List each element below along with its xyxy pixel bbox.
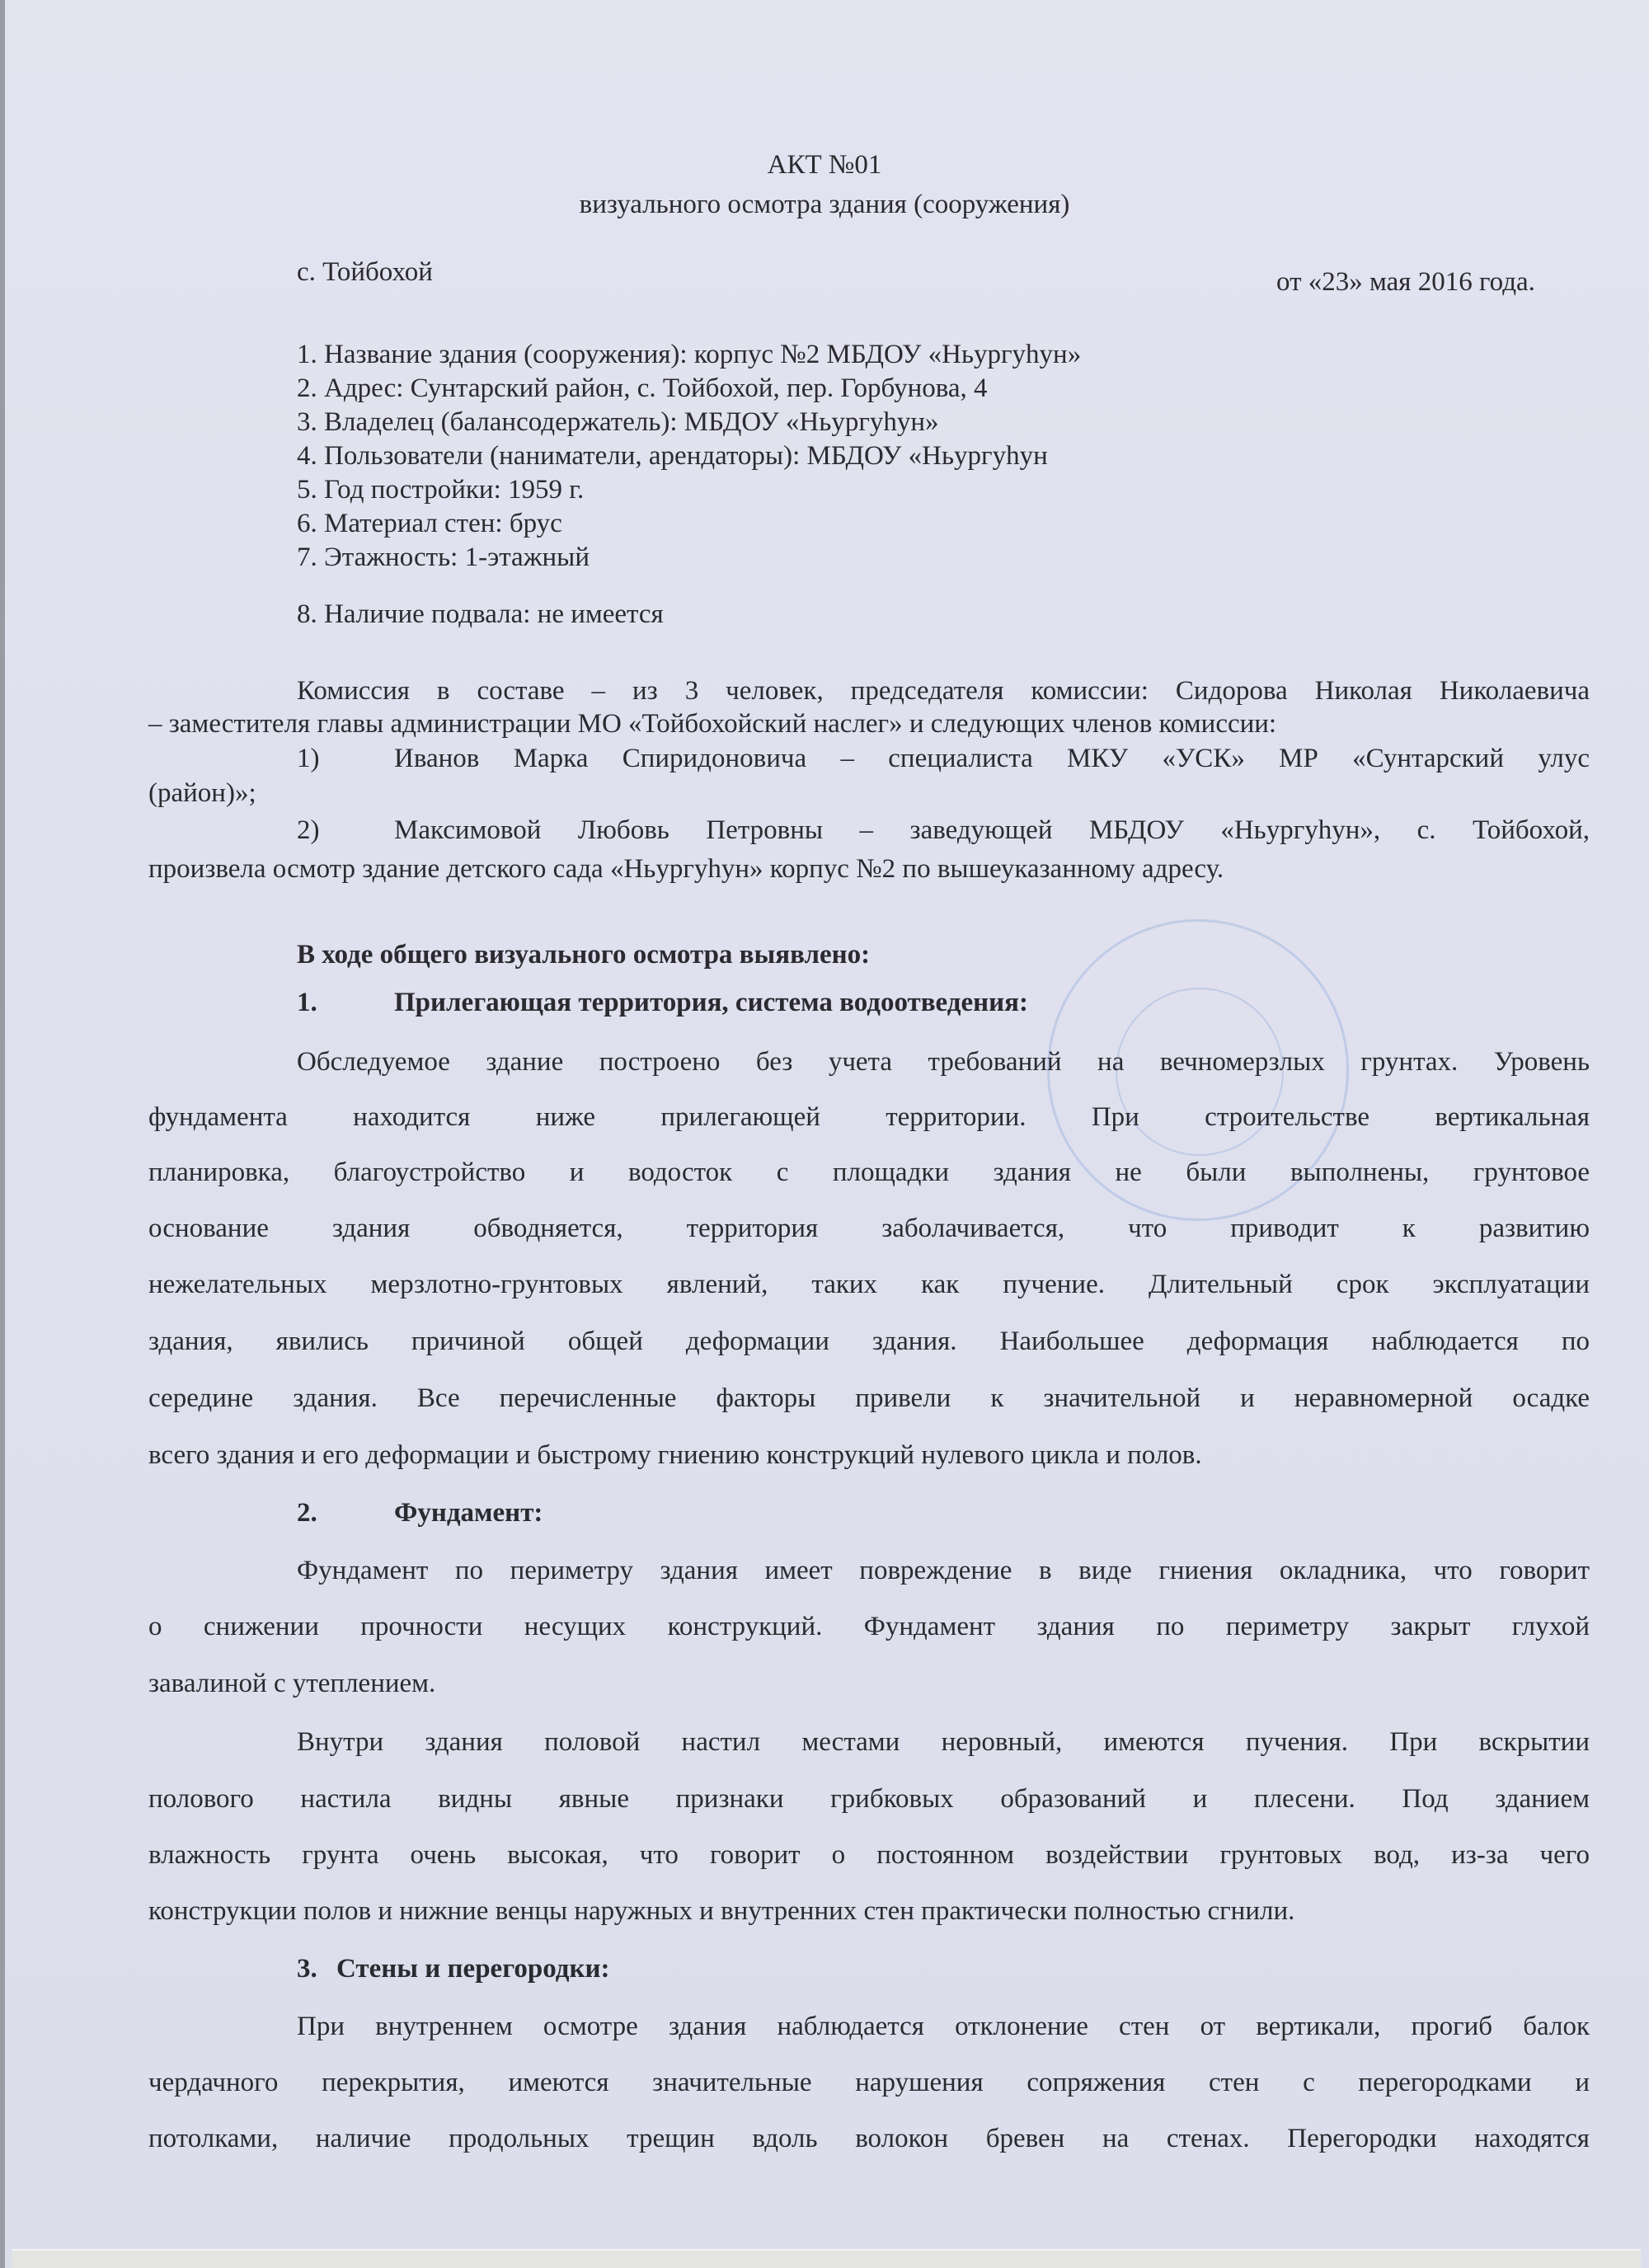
paragraph-line: При внутреннем осмотре здания наблюдаетс… [297, 2010, 1590, 2043]
commission-line: – заместителя главы администрации МО «То… [148, 707, 1276, 740]
info-item: 6. Материал стен: брус [297, 507, 562, 540]
paragraph-line: здания, явились причиной общей деформаци… [148, 1325, 1590, 1358]
paragraph-line: основание здания обводняется, территория… [148, 1212, 1590, 1245]
info-item: 2. Адрес: Сунтарский район, с. Тойбохой,… [297, 372, 988, 405]
info-item: 4. Пользователи (наниматели, арендаторы)… [297, 439, 1048, 472]
date: от «23» мая 2016 года. [1276, 265, 1535, 298]
scan-edge-left [0, 0, 5, 2268]
paragraph-line: чердачного перекрытия, имеются значитель… [148, 2066, 1590, 2099]
paragraph-line: потолками, наличие продольных трещин вдо… [148, 2122, 1590, 2155]
paragraph-line: планировка, благоустройство и водосток с… [148, 1156, 1590, 1189]
member-line: Иванов Марка Спиридоновича – специалиста… [394, 742, 1590, 775]
info-item: 3. Владелец (балансодержатель): МБДОУ «Н… [297, 406, 939, 439]
paragraph-line: середине здания. Все перечисленные факто… [148, 1382, 1590, 1415]
paragraph-line: влажность грунта очень высокая, что гово… [148, 1838, 1590, 1871]
paragraph-line: о снижении прочности несущих конструкций… [148, 1610, 1590, 1643]
paragraph-line: полового настила видны явные признаки гр… [148, 1782, 1590, 1815]
paragraph-line: Обследуемое здание построено без учета т… [297, 1045, 1590, 1078]
findings-heading: В ходе общего визуального осмотра выявле… [297, 938, 870, 971]
member-line: Максимовой Любовь Петровны – заведующей … [394, 814, 1590, 847]
info-item: 7. Этажность: 1-этажный [297, 541, 590, 574]
member-number: 1) [297, 742, 320, 775]
document-title: АКТ №01 [0, 148, 1649, 181]
document-subtitle: визуального осмотра здания (сооружения) [0, 188, 1649, 221]
section-number: 1. [297, 986, 317, 1019]
paragraph-line: нежелательных мерзлотно-грунтовых явлени… [148, 1268, 1590, 1301]
scan-edge-bottom [12, 2249, 1641, 2268]
section-heading: Фундамент: [394, 1496, 543, 1529]
paragraph-line: Фундамент по периметру здания имеет повр… [297, 1554, 1590, 1587]
document-page: АКТ №01 визуального осмотра здания (соор… [0, 0, 1649, 2268]
paragraph-line: конструкции полов и нижние венцы наружны… [148, 1895, 1294, 1928]
paragraph-line: фундамента находится ниже прилегающей те… [148, 1101, 1590, 1134]
member-number: 2) [297, 814, 320, 847]
info-item: 1. Название здания (сооружения): корпус … [297, 338, 1081, 371]
commission-line: Комиссия в составе – из 3 человек, предс… [297, 674, 1590, 707]
section-heading: Стены и перегородки: [336, 1952, 609, 1985]
member-line: произвела осмотр здание детского сада «Н… [148, 852, 1224, 885]
paragraph-line: Внутри здания половой настил местами нер… [297, 1726, 1590, 1759]
info-item: 8. Наличие подвала: не имеется [297, 598, 664, 631]
section-number: 3. [297, 1952, 317, 1985]
section-heading: Прилегающая территория, система водоотве… [394, 986, 1028, 1019]
paragraph-line: завалиной с утеплением. [148, 1667, 435, 1700]
place: с. Тойбохой [297, 256, 433, 289]
info-item: 5. Год постройки: 1959 г. [297, 473, 584, 506]
member-line: (район)»; [148, 777, 256, 810]
section-number: 2. [297, 1496, 317, 1529]
paragraph-line: всего здания и его деформации и быстрому… [148, 1439, 1202, 1472]
